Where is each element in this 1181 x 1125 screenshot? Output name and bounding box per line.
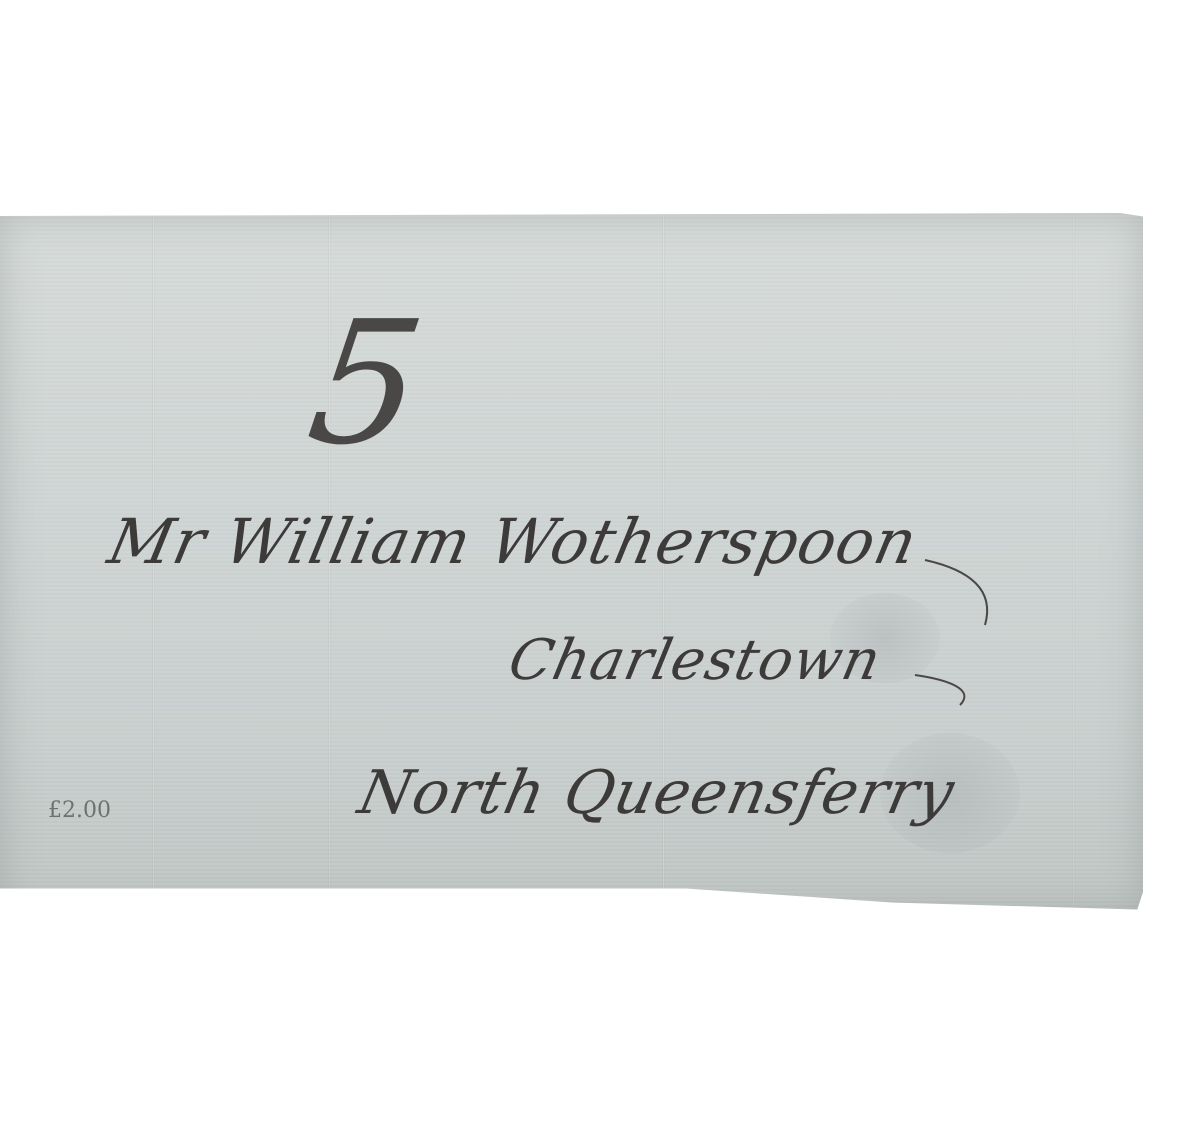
address-region: North Queensferry	[353, 758, 961, 828]
pencil-price-note: £2.00	[48, 798, 111, 823]
address-town: Charlestown	[503, 628, 887, 693]
fold-crease	[1072, 213, 1075, 913]
address-recipient: Mr William Wotherspoon	[102, 505, 924, 578]
